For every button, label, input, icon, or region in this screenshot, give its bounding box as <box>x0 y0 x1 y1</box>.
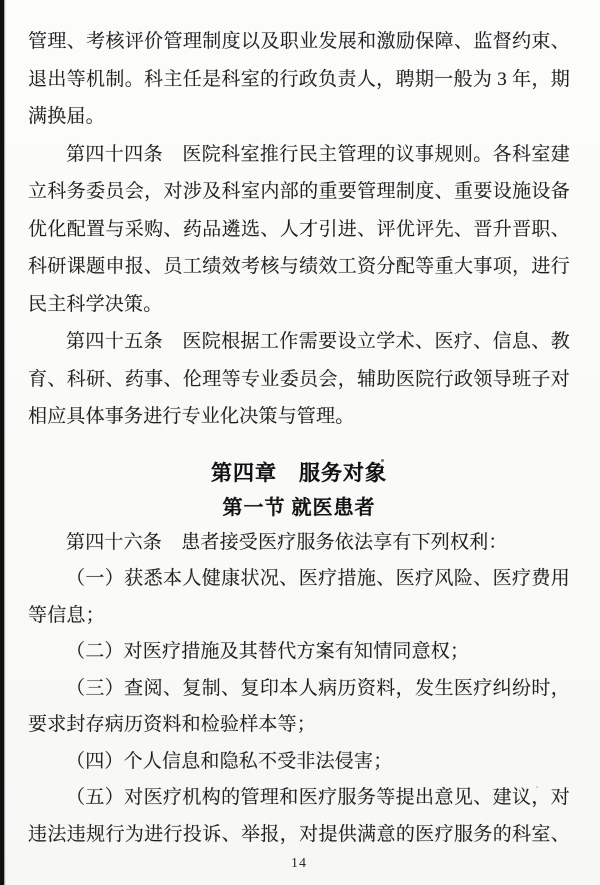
text-line: 优化配置与采购、药品遴选、人才引进、评优评先、晋升晋职、 <box>28 211 570 249</box>
text-line: 第四十六条 患者接受医疗服务依法享有下列权利： <box>28 525 570 562</box>
text-line: 退出等机制。科主任是科室的行政负责人，聘期一般为 3 年，期 <box>28 61 570 99</box>
chapter-heading: 第四章 服务对象 <box>28 456 570 492</box>
text-line: （一）获悉本人健康状况、医疗措施、医疗风险、医疗费用 <box>28 561 570 598</box>
page-number: 14 <box>28 853 570 875</box>
text-line: （三）查阅、复制、复印本人病历资料，发生医疗纠纷时， <box>28 671 570 708</box>
scan-speck <box>536 786 538 788</box>
text-line: 要求封存病历资料和检验样本等； <box>28 707 570 744</box>
text-line: （五）对医疗机构的管理和医疗服务等提出意见、建议，对 <box>28 780 570 817</box>
text-line: （二）对医疗措施及其替代方案有知情同意权； <box>28 634 570 671</box>
text-line: 管理、考核评价管理制度以及职业发展和激励保障、监督约束、 <box>28 23 570 61</box>
text-line: （四）个人信息和隐私不受非法侵害； <box>28 744 570 781</box>
text-line: 科研课题申报、员工绩效考核与绩效工资分配等重大事项，进行 <box>28 248 570 286</box>
text-line: 等信息； <box>28 598 570 635</box>
section-heading: 第一节 就医患者 <box>28 492 570 525</box>
text-line: 满换届。 <box>28 98 570 136</box>
text-line: 立科务委员会，对涉及科室内部的重要管理制度、重要设施设备 <box>28 173 570 211</box>
text-line: 相应具体事务进行专业化决策与管理。 <box>28 398 570 436</box>
document-page: 管理、考核评价管理制度以及职业发展和激励保障、监督约束、 退出等机制。科主任是科… <box>0 0 600 885</box>
page-content: 管理、考核评价管理制度以及职业发展和激励保障、监督约束、 退出等机制。科主任是科… <box>0 0 600 875</box>
text-line: 第四十四条 医院科室推行民主管理的议事规则。各科室建 <box>28 136 570 174</box>
text-line: 育、科研、药事、伦理等专业委员会，辅助医院行政领导班子对 <box>28 361 570 399</box>
text-line: 第四十五条 医院根据工作需要设立学术、医疗、信息、教 <box>28 323 570 361</box>
scan-speck <box>381 459 384 462</box>
text-line: 民主科学决策。 <box>28 286 570 324</box>
scan-speck <box>515 272 517 274</box>
text-line: 违法违规行为进行投诉、举报，对提供满意的医疗服务的科室、 <box>28 817 570 854</box>
